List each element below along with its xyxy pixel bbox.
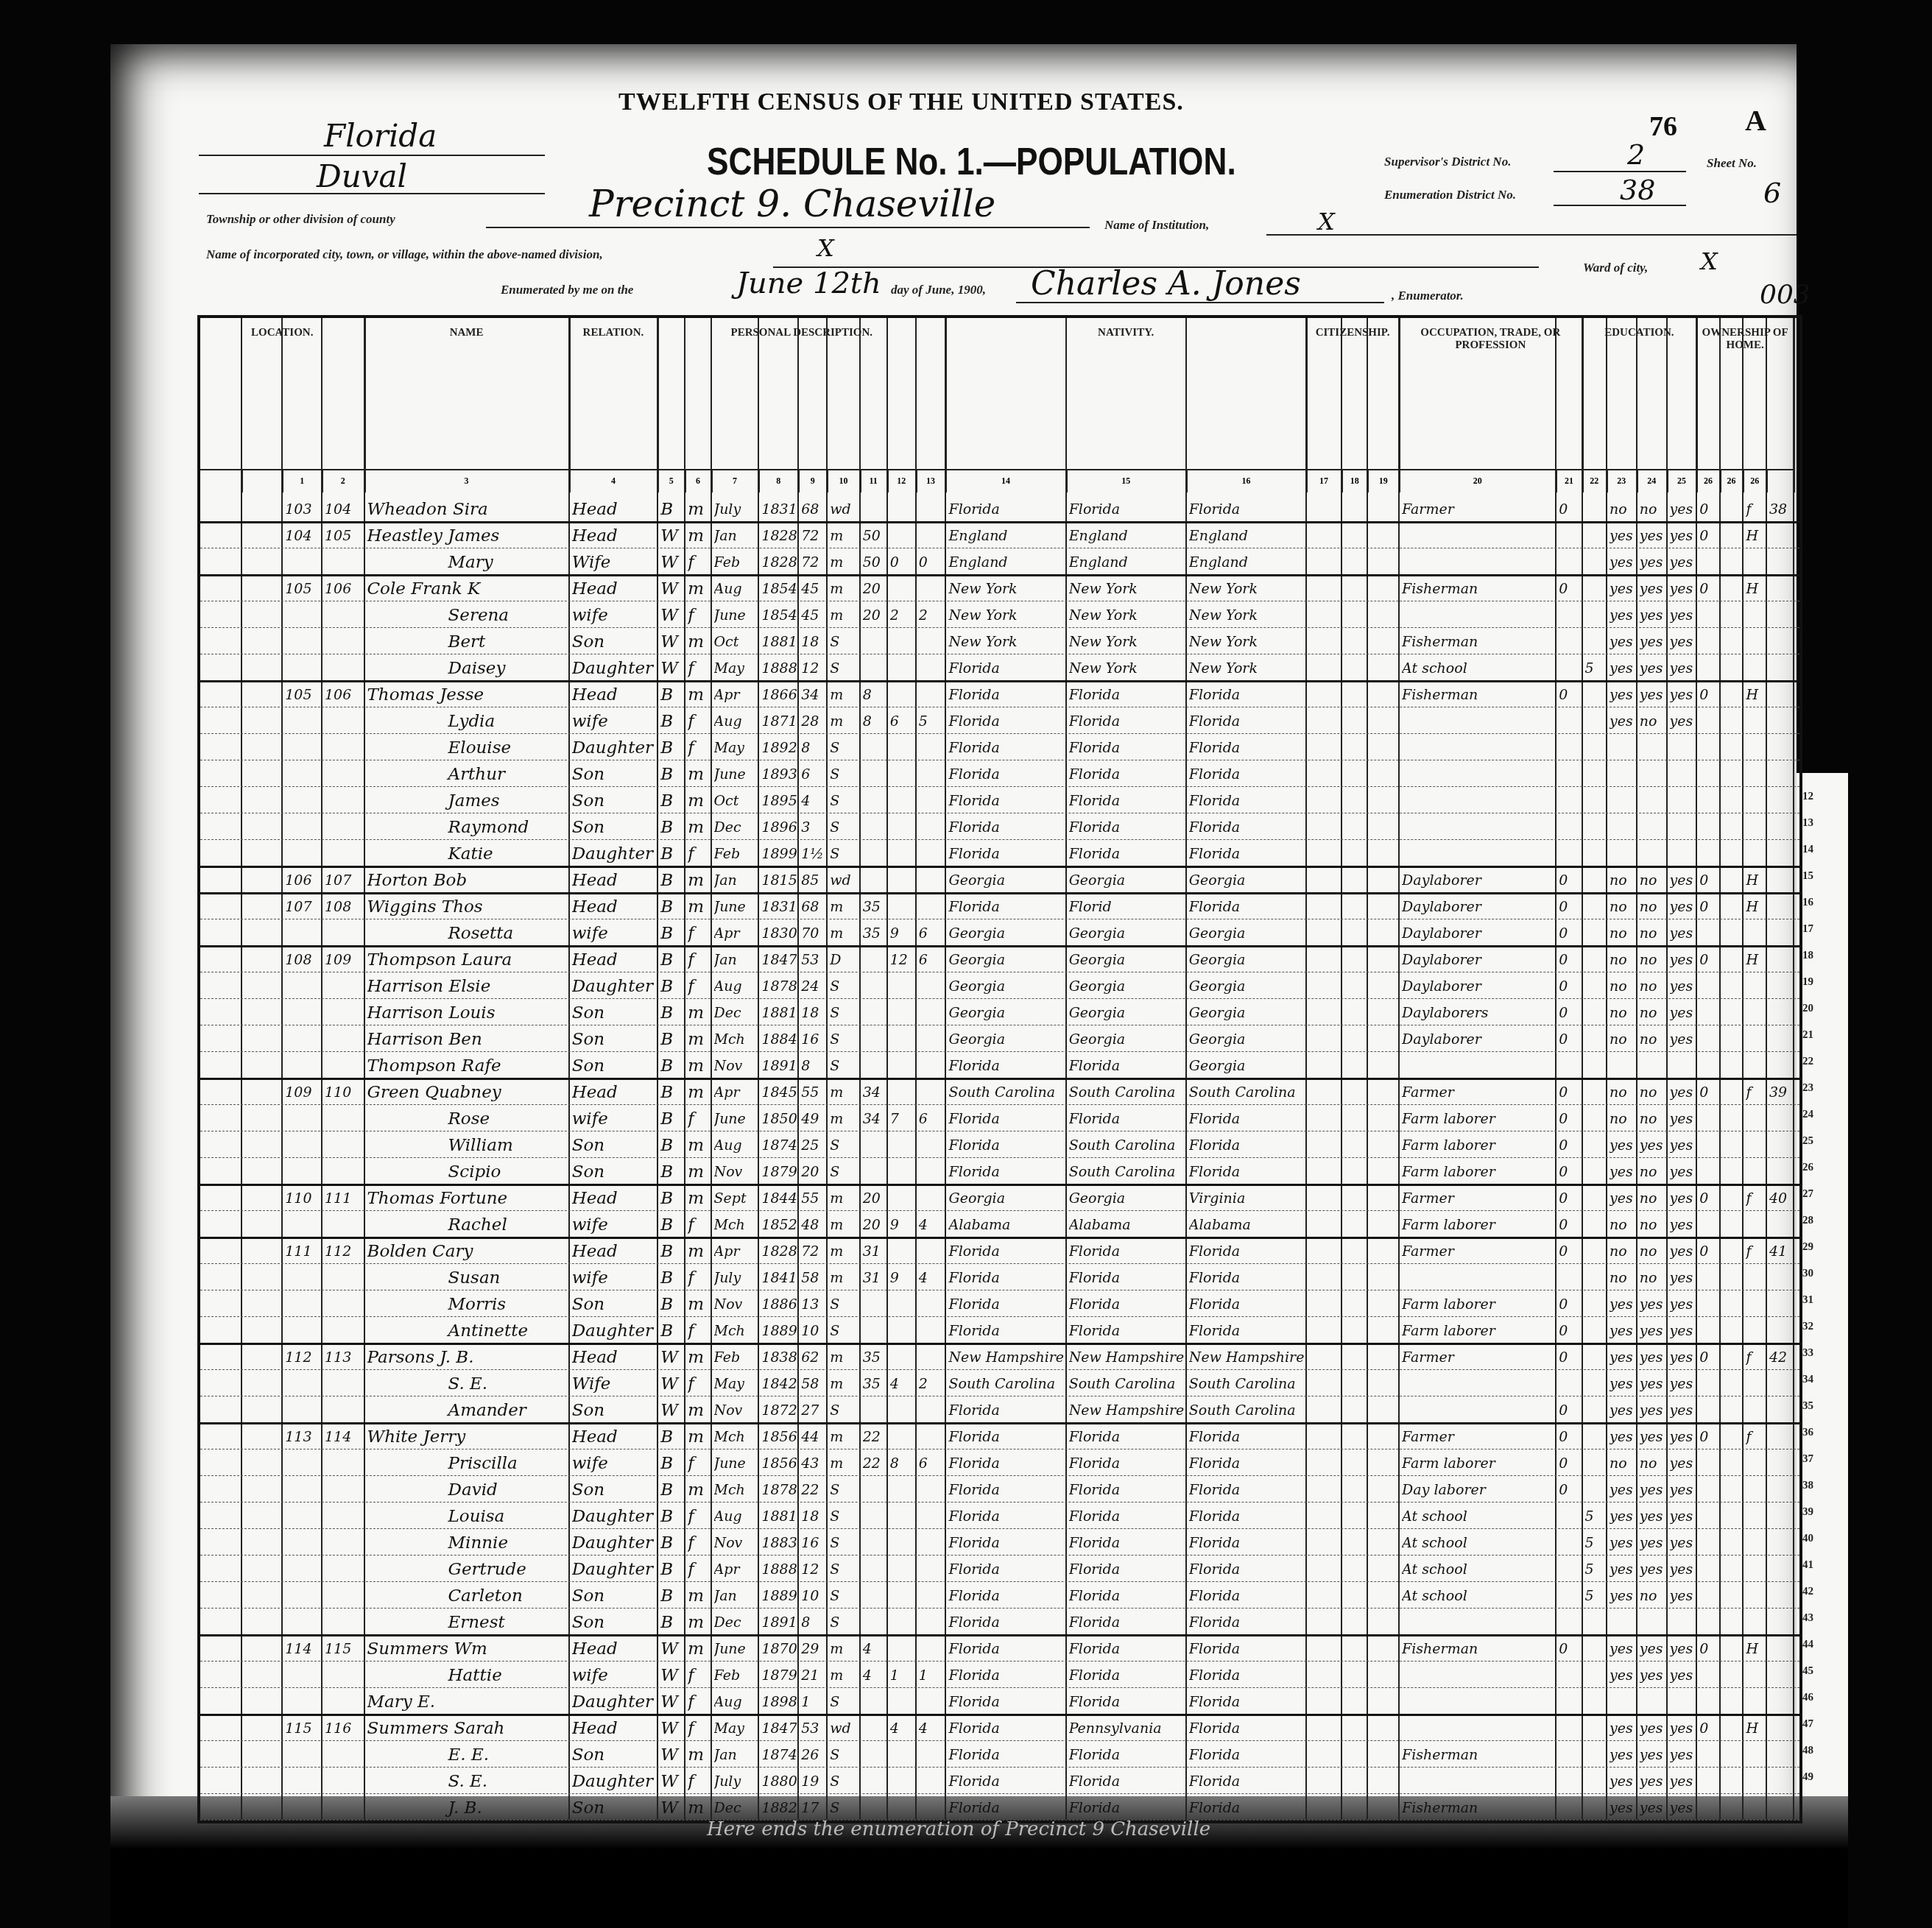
cell-sex: f [688,548,709,574]
table-row: BertSonWmOct188118SNew YorkNew YorkNew Y… [200,627,1799,654]
cell-mother: Georgia [1189,998,1305,1025]
cell-occupation [1402,733,1554,760]
cell-color: B [660,1051,683,1078]
cell-yrs-married: 8 [863,680,886,707]
cell-read [1610,786,1635,813]
cell-age: 13 [801,1290,825,1316]
cell-dwelling [285,1051,320,1078]
cell-mother: England [1189,548,1305,574]
cell-occupation: Farm laborer [1402,1290,1554,1316]
cell-schedule [1769,1767,1792,1793]
cell-birth: Florida [948,1131,1064,1157]
cell-father: Florida [1069,1634,1185,1661]
cell-relation: wife [572,1263,657,1290]
cell-marital: m [830,892,859,919]
cell-write: yes [1640,1422,1665,1449]
table-row: 111112Bolden CaryHeadBmApr182872m31Flori… [200,1237,1799,1264]
cell-english: yes [1670,919,1696,945]
cell-age: 43 [801,1449,825,1475]
cell-sex: m [688,680,709,707]
cell-relation: Son [572,760,657,786]
cell-dwelling: 103 [285,495,320,521]
cell-relation: Son [572,1740,657,1767]
cell-months-unemp: 0 [1559,1396,1580,1422]
cell-living: 1 [919,1661,945,1687]
cell-months-unemp: 0 [1559,1157,1580,1184]
cell-farm [1746,1316,1765,1343]
cell-write: yes [1640,1396,1665,1422]
cell-mother: South Carolina [1189,1396,1305,1422]
cell-year: 1881 [761,998,797,1025]
cell-owned [1699,548,1718,574]
cell-father: New York [1069,627,1185,654]
cell-occupation [1402,1369,1554,1396]
cell-owned [1699,919,1718,945]
table-row: E. E.SonWmJan187426SFloridaFloridaFlorid… [200,1740,1799,1768]
cell-read: yes [1610,680,1635,707]
cell-relation: Son [572,1396,657,1422]
margin-line-number: 36 [1802,1427,1813,1439]
margin-line-number: 31 [1802,1294,1813,1307]
cell-family: 112 [325,1237,362,1263]
cell-relation: Son [572,1025,657,1051]
cell-relation: Son [572,1581,657,1608]
cell-owned: 0 [1699,574,1718,601]
cell-months-unemp [1559,1369,1580,1396]
cell-living: 2 [919,1369,945,1396]
cell-school [1585,866,1605,892]
cell-year: 1891 [761,1051,797,1078]
margin-line-number: 29 [1802,1241,1813,1254]
cell-farm [1746,1104,1765,1131]
cell-owned [1699,1131,1718,1157]
cell-school [1585,1661,1605,1687]
cell-father: South Carolina [1069,1131,1185,1157]
cell-yrs-married: 20 [863,1210,886,1237]
cell-month: Apr [714,1078,758,1104]
cell-father: New York [1069,601,1185,627]
cell-living [919,1343,945,1369]
cell-color: W [660,1687,683,1714]
cell-year: 1847 [761,1714,797,1740]
cell-marital: m [830,707,859,733]
cell-living: 4 [919,1210,945,1237]
cell-family [325,1740,362,1767]
cell-marital: S [830,1687,859,1714]
column-number: 16 [1186,469,1308,492]
column-number: 14 [945,469,1067,492]
cell-family [325,786,362,813]
cell-yrs-married [863,1396,886,1422]
cell-year: 1881 [761,1502,797,1528]
cell-months-unemp: 0 [1559,1422,1580,1449]
cell-farm [1746,1131,1765,1157]
cell-mortgage [1723,1714,1742,1740]
cell-living: 4 [919,1263,945,1290]
cell-color: B [660,1581,683,1608]
cell-write: yes [1640,627,1665,654]
cell-occupation: Daylaborer [1402,945,1554,972]
cell-year: 1886 [761,1290,797,1316]
cell-color: B [660,866,683,892]
cell-month: July [714,1767,758,1793]
cell-dwelling [285,1449,320,1475]
cell-family [325,1290,362,1316]
cell-months-unemp [1559,707,1580,733]
cell-marital: S [830,1740,859,1767]
cell-owned: 0 [1699,892,1718,919]
cell-farm [1746,919,1765,945]
cell-age: 8 [801,733,825,760]
table-row: ScipioSonBmNov187920SFloridaSouth Caroli… [200,1157,1799,1186]
cell-marital: S [830,813,859,839]
cell-read: yes [1610,707,1635,733]
cell-birth: Florida [948,1793,1064,1820]
cell-father: Florida [1069,1316,1185,1343]
cell-write: no [1640,1157,1665,1184]
cell-month: Mch [714,1475,758,1502]
cell-farm: H [1746,680,1765,707]
cell-age: 3 [801,813,825,839]
cell-month: June [714,1104,758,1131]
cell-color: B [660,1078,683,1104]
cell-age: 18 [801,998,825,1025]
cell-mortgage [1723,1131,1742,1157]
cell-year: 1850 [761,1104,797,1131]
cell-occupation: Farm laborer [1402,1131,1554,1157]
cell-english [1670,786,1696,813]
cell-owned [1699,813,1718,839]
cell-school [1585,1025,1605,1051]
cell-color: B [660,813,683,839]
cell-schedule [1769,654,1792,680]
cell-color: B [660,998,683,1025]
cell-marital: m [830,548,859,574]
cell-school [1585,1740,1605,1767]
cell-living [919,1422,945,1449]
cell-color: W [660,1714,683,1740]
cell-write: no [1640,998,1665,1025]
cell-name: Thomas Jesse [367,680,568,707]
cell-dwelling [285,548,320,574]
cell-sex: f [688,1449,709,1475]
cell-read: no [1610,495,1635,521]
cell-father: Georgia [1069,998,1185,1025]
cell-month: Dec [714,998,758,1025]
cell-father: South Carolina [1069,1157,1185,1184]
cell-family [325,1051,362,1078]
cell-sex: f [688,1767,709,1793]
cell-color: B [660,1449,683,1475]
cell-father: Florida [1069,707,1185,733]
cell-living: 6 [919,945,945,972]
cell-relation: wife [572,601,657,627]
cell-marital: m [830,574,859,601]
cell-school [1585,1449,1605,1475]
cell-dwelling: 105 [285,680,320,707]
cell-occupation [1402,1714,1554,1740]
cell-mother: Florida [1189,786,1305,813]
cell-farm: f [1746,1237,1765,1263]
cell-school [1585,972,1605,998]
table-row: 109110Green QuabneyHeadBmApr184555m34Sou… [200,1078,1799,1105]
cell-mother: Florida [1189,1157,1305,1184]
cell-owned [1699,972,1718,998]
cell-write: yes [1640,574,1665,601]
table-row: J. B.SonWmDec188217SFloridaFloridaFlorid… [200,1793,1799,1821]
footer-note: Here ends the enumeration of Precinct 9 … [707,1818,1210,1840]
cell-write [1640,1608,1665,1634]
cell-farm [1746,1290,1765,1316]
cell-mother-of [890,1290,914,1316]
cell-yrs-married [863,945,886,972]
cell-mortgage [1723,574,1742,601]
cell-age: 17 [801,1793,825,1820]
cell-month: Aug [714,707,758,733]
cell-dwelling: 112 [285,1343,320,1369]
cell-age: 6 [801,760,825,786]
cell-schedule [1769,574,1792,601]
cell-owned [1699,1290,1718,1316]
cell-sex: m [688,1051,709,1078]
cell-read: yes [1610,1502,1635,1528]
cell-living [919,495,945,521]
cell-months-unemp [1559,1740,1580,1767]
cell-age: 8 [801,1051,825,1078]
cell-month: Aug [714,1502,758,1528]
cell-sex: m [688,1396,709,1422]
cell-father: Florida [1069,1263,1185,1290]
cell-family [325,1555,362,1581]
cell-months-unemp [1559,1793,1580,1820]
cell-read: no [1610,972,1635,998]
column-number: 15 [1066,469,1188,492]
cell-write: yes [1640,1290,1665,1316]
cell-write: yes [1640,1555,1665,1581]
cell-mother: Florida [1189,892,1305,919]
margin-line-number: 27 [1802,1188,1813,1201]
cell-year: 1871 [761,707,797,733]
margin-line-number: 17 [1802,923,1813,936]
cell-sex: m [688,1290,709,1316]
cell-months-unemp: 0 [1559,1237,1580,1263]
cell-yrs-married [863,813,886,839]
cell-color: B [660,495,683,521]
cell-month: Aug [714,1131,758,1157]
cell-mortgage [1723,1475,1742,1502]
cell-english: yes [1670,1184,1696,1210]
cell-month: Apr [714,680,758,707]
cell-mortgage [1723,521,1742,548]
cell-read [1610,839,1635,866]
cell-school: 5 [1585,1502,1605,1528]
cell-schedule [1769,548,1792,574]
cell-school [1585,760,1605,786]
cell-farm [1746,1369,1765,1396]
cell-relation: Son [572,786,657,813]
margin-line-number: 44 [1802,1639,1813,1651]
cell-birth: New York [948,574,1064,601]
cell-schedule [1769,1714,1792,1740]
cell-mother-of [890,1396,914,1422]
cell-year: 1896 [761,813,797,839]
cell-birth: Florida [948,1263,1064,1290]
cell-write: yes [1640,1740,1665,1767]
cell-read: yes [1610,574,1635,601]
cell-living [919,1316,945,1343]
cell-mother-of [890,1634,914,1661]
cell-yrs-married: 34 [863,1104,886,1131]
cell-english: yes [1670,548,1696,574]
cell-months-unemp: 0 [1559,945,1580,972]
cell-birth: Florida [948,733,1064,760]
cell-father: Florida [1069,1581,1185,1608]
column-number [241,469,284,492]
margin-line-number: 45 [1802,1665,1813,1678]
cell-yrs-married: 22 [863,1449,886,1475]
cell-mother: Florida [1189,1422,1305,1449]
cell-months-unemp: 0 [1559,680,1580,707]
cell-name: Heastley James [367,521,568,548]
cell-mother-of [890,1422,914,1449]
cell-month: Jan [714,866,758,892]
cell-months-unemp: 0 [1559,495,1580,521]
cell-year: 1884 [761,1025,797,1051]
cell-marital: S [830,1157,859,1184]
cell-family: 115 [325,1634,362,1661]
cell-months-unemp [1559,1555,1580,1581]
cell-living [919,1555,945,1581]
cell-birth: Florida [948,1316,1064,1343]
cell-mortgage [1723,1767,1742,1793]
cell-father: Alabama [1069,1210,1185,1237]
cell-sex: f [688,1104,709,1131]
cell-write: no [1640,1104,1665,1131]
cell-mortgage [1723,1581,1742,1608]
cell-month: Oct [714,627,758,654]
cell-owned [1699,1475,1718,1502]
cell-color: B [660,892,683,919]
cell-english: yes [1670,1025,1696,1051]
cell-read [1610,733,1635,760]
cell-mother-of [890,1343,914,1369]
margin-line-number: 16 [1802,897,1813,909]
cell-marital: m [830,1078,859,1104]
table-row: AntinetteDaughterBfMch188910SFloridaFlor… [200,1316,1799,1345]
cell-marital: m [830,680,859,707]
cell-month: June [714,601,758,627]
cell-month: May [714,1369,758,1396]
cell-write: yes [1640,1767,1665,1793]
cell-dwelling: 113 [285,1422,320,1449]
table-row: DavidSonBmMch187822SFloridaFloridaFlorid… [200,1475,1799,1503]
cell-mother-of: 8 [890,1449,914,1475]
cell-yrs-married [863,1316,886,1343]
cell-marital: S [830,1316,859,1343]
cell-school [1585,548,1605,574]
cell-sex: m [688,1184,709,1210]
cell-birth: New York [948,627,1064,654]
cell-month: Mch [714,1316,758,1343]
cell-school [1585,680,1605,707]
cell-mother: Florida [1189,1131,1305,1157]
cell-read: yes [1610,1793,1635,1820]
cell-dwelling [285,733,320,760]
cell-months-unemp [1559,733,1580,760]
cell-yrs-married: 35 [863,892,886,919]
cell-age: 72 [801,521,825,548]
cell-school [1585,1184,1605,1210]
cell-birth: Florida [948,1687,1064,1714]
cell-living [919,1475,945,1502]
cell-living [919,654,945,680]
cell-months-unemp: 0 [1559,998,1580,1025]
cell-color: B [660,1316,683,1343]
cell-living: 6 [919,1449,945,1475]
cell-schedule [1769,1131,1792,1157]
table-row: MinnieDaughterBfNov188316SFloridaFlorida… [200,1528,1799,1556]
cell-year: 1874 [761,1740,797,1767]
cell-sex: f [688,919,709,945]
cell-mother: Florida [1189,1581,1305,1608]
cell-english: yes [1670,627,1696,654]
cell-school [1585,1369,1605,1396]
cell-school [1585,813,1605,839]
cell-father: South Carolina [1069,1078,1185,1104]
institution-value: X [1318,208,1335,236]
cell-color: B [660,1608,683,1634]
cell-marital: S [830,1555,859,1581]
cell-relation: Head [572,945,657,972]
column-number: 12 [887,469,917,492]
cell-family [325,1502,362,1528]
cell-month: Aug [714,574,758,601]
cell-mother: Georgia [1189,972,1305,998]
cell-school [1585,839,1605,866]
cell-dwelling [285,1581,320,1608]
cell-father: Florida [1069,760,1185,786]
cell-month: Nov [714,1157,758,1184]
cell-year: 1881 [761,627,797,654]
cell-color: W [660,654,683,680]
cell-marital: m [830,1449,859,1475]
cell-family [325,1767,362,1793]
cell-mother-of: 9 [890,919,914,945]
cell-father: Georgia [1069,972,1185,998]
cell-write: no [1640,1449,1665,1475]
cell-months-unemp: 0 [1559,1184,1580,1210]
cell-birth: Florida [948,1051,1064,1078]
cell-relation: Son [572,1608,657,1634]
cell-yrs-married: 31 [863,1263,886,1290]
cell-living: 6 [919,1104,945,1131]
cell-write [1640,733,1665,760]
cell-mother: Alabama [1189,1210,1305,1237]
table-row: 110111Thomas FortuneHeadBmSept184455m20G… [200,1184,1799,1211]
cell-read: yes [1610,1396,1635,1422]
cell-occupation: Daylaborers [1402,998,1554,1025]
cell-name: Green Quabney [367,1078,568,1104]
cell-write: yes [1640,680,1665,707]
cell-write [1640,839,1665,866]
cell-family: 110 [325,1078,362,1104]
table-row: DaiseyDaughterWfMay188812SFloridaNew Yor… [200,654,1799,682]
cell-owned [1699,760,1718,786]
cell-age: 72 [801,548,825,574]
enumeration-district-value: 38 [1620,174,1655,206]
table-row: ElouiseDaughterBfMay18928SFloridaFlorida… [200,733,1799,760]
table-row: KatieDaughterBfFeb18991½SFloridaFloridaF… [200,839,1799,868]
